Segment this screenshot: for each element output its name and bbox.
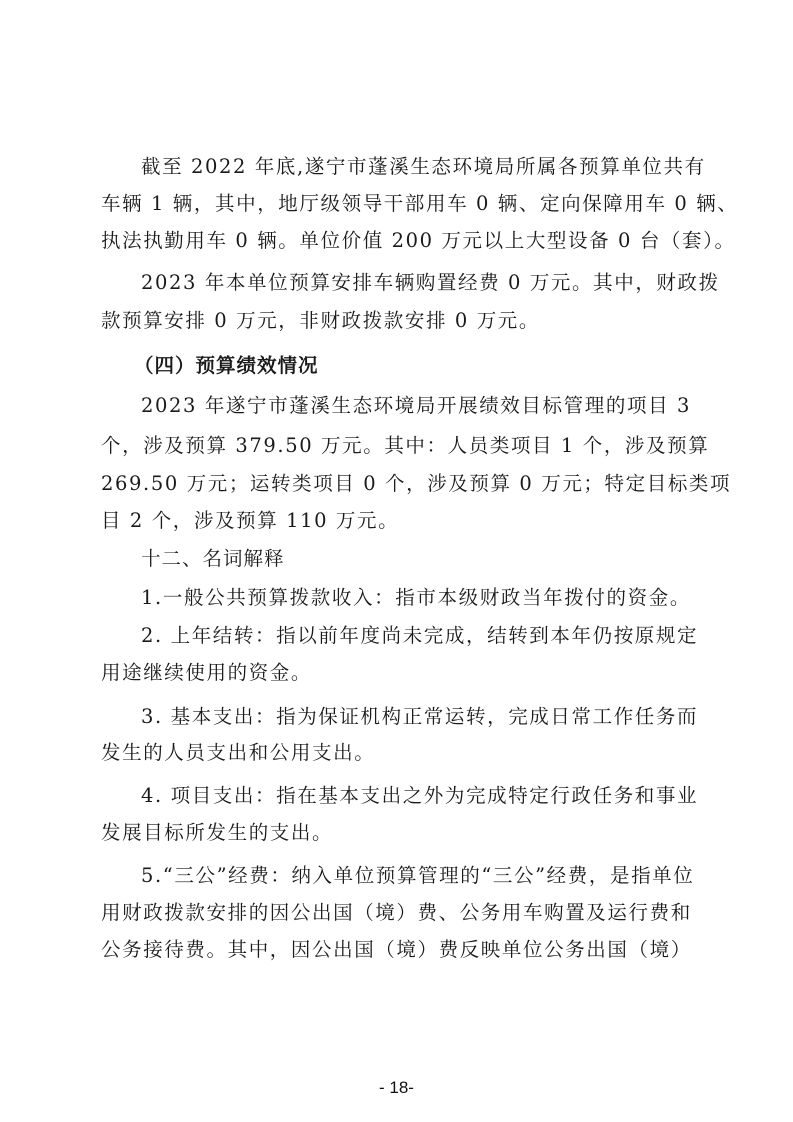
paragraph-performance-line-1: 2023 年遂宁市蓬溪生态环境局开展绩效目标管理的项目 3 bbox=[141, 394, 691, 418]
glossary-term-1-line-1: 1.一般公共预算拨款收入：指市本级财政当年拨付的资金。 bbox=[141, 586, 691, 610]
section-heading-glossary: 十二、名词解释 bbox=[141, 547, 691, 571]
glossary-term-5-line-3: 公务接待费。其中，因公出国（境）费反映单位公务出国（境） bbox=[101, 938, 691, 962]
glossary-term-4-line-1: 4. 项目支出：指在基本支出之外为完成特定行政任务和事业 bbox=[141, 784, 691, 808]
glossary-term-5-line-2: 用财政拨款安排的因公出国（境）费、公务用车购置及运行费和 bbox=[101, 901, 691, 925]
paragraph-performance-line-3: 269.50 万元；运转类项目 0 个，涉及预算 0 万元；特定目标类项 bbox=[101, 472, 691, 496]
paragraph-vehicle-purchase-line-1: 2023 年本单位预算安排车辆购置经费 0 万元。其中，财政拨 bbox=[141, 271, 691, 295]
paragraph-performance-line-4: 目 2 个，涉及预算 110 万元。 bbox=[101, 509, 691, 533]
glossary-term-4-line-2: 发展目标所发生的支出。 bbox=[101, 821, 691, 845]
glossary-term-5-line-1: 5.“三公”经费：纳入单位预算管理的“三公”经费，是指单位 bbox=[141, 864, 691, 888]
glossary-term-2-line-2: 用途继续使用的资金。 bbox=[101, 661, 691, 685]
paragraph-vehicles-line-1: 截至 2022 年底,遂宁市蓬溪生态环境局所属各预算单位共有 bbox=[141, 155, 691, 179]
glossary-term-3-line-1: 3. 基本支出：指为保证机构正常运转，完成日常工作任务而 bbox=[141, 705, 691, 729]
page-number: - 18- bbox=[0, 1078, 793, 1098]
glossary-term-3-line-2: 发生的人员支出和公用支出。 bbox=[101, 741, 691, 765]
section-heading-budget-performance: （四）预算绩效情况 bbox=[134, 354, 684, 378]
glossary-term-2-line-1: 2. 上年结转：指以前年度尚未完成，结转到本年仍按原规定 bbox=[141, 624, 691, 648]
paragraph-vehicles-line-3: 执法执勤用车 0 辆。单位价值 200 万元以上大型设备 0 台（套）。 bbox=[101, 229, 691, 253]
paragraph-vehicle-purchase-line-2: 款预算安排 0 万元，非财政拨款安排 0 万元。 bbox=[101, 309, 691, 333]
paragraph-performance-line-2: 个，涉及预算 379.50 万元。其中：人员类项目 1 个，涉及预算 bbox=[101, 434, 691, 458]
paragraph-vehicles-line-2: 车辆 1 辆，其中，地厅级领导干部用车 0 辆、定向保障用车 0 辆、 bbox=[101, 192, 691, 216]
document-page: 截至 2022 年底,遂宁市蓬溪生态环境局所属各预算单位共有 车辆 1 辆，其中… bbox=[0, 0, 793, 1122]
